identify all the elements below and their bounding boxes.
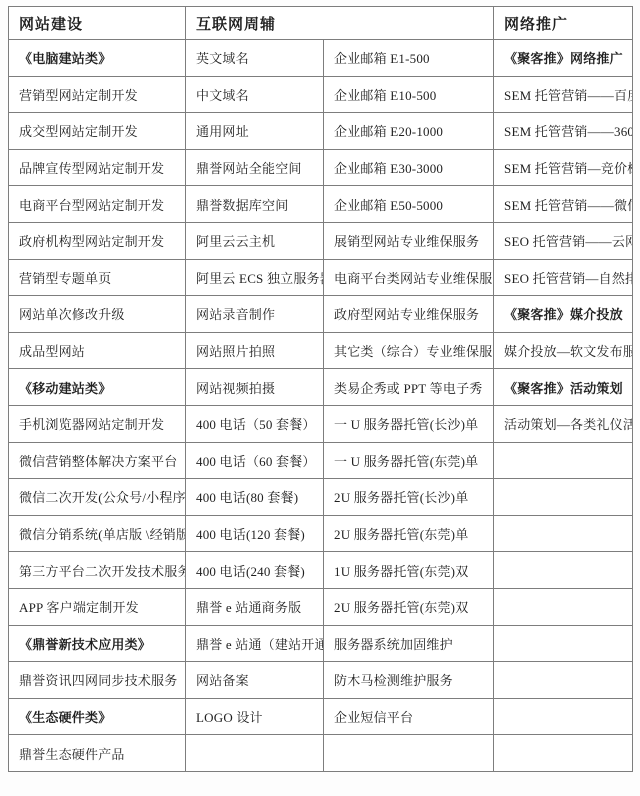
table-cell: 《生态硬件类》 [9, 698, 186, 735]
header-internet-peripheral: 互联网周辅 [186, 7, 494, 40]
table-cell [494, 479, 633, 516]
table-row: 成交型网站定制开发 通用网址 企业邮箱 E20-1000 SEM 托管营销——3… [9, 113, 633, 150]
table-header-row: 网站建设 互联网周辅 网络推广 [9, 7, 633, 40]
table-cell: 一 U 服务器托管(东莞)单 [324, 442, 494, 479]
table-row: 鼎誉生态硬件产品 [9, 735, 633, 772]
table-cell: 服务器系统加固维护 [324, 625, 494, 662]
table-cell: 手机浏览器网站定制开发 [9, 405, 186, 442]
table-cell: 鼎誉 e 站通商务版 [186, 588, 324, 625]
table-row: 第三方平台二次开发技术服务 400 电话(240 套餐) 1U 服务器托管(东莞… [9, 552, 633, 589]
table-cell: SEM 托管营销—竞价标王 [494, 149, 633, 186]
table-cell: 企业邮箱 E10-500 [324, 76, 494, 113]
table-row: 《电脑建站类》 英文域名 企业邮箱 E1-500 《聚客推》网络推广 [9, 40, 633, 77]
page: 网站建设 互联网周辅 网络推广 《电脑建站类》 英文域名 企业邮箱 E1-500… [0, 0, 640, 796]
table-cell: 400 电话（60 套餐） [186, 442, 324, 479]
table-cell: SEM 托管营销——360 版 [494, 113, 633, 150]
table-cell: 企业邮箱 E1-500 [324, 40, 494, 77]
table-cell: 鼎誉资讯四网同步技术服务 [9, 662, 186, 699]
table-cell [494, 698, 633, 735]
table-cell: 第三方平台二次开发技术服务 [9, 552, 186, 589]
table-cell: 电商平台类网站专业维保服务 [324, 259, 494, 296]
table-cell: 通用网址 [186, 113, 324, 150]
table-cell: 400 电话(240 套餐) [186, 552, 324, 589]
table-cell: 1U 服务器托管(东莞)双 [324, 552, 494, 589]
table-row: 《鼎誉新技术应用类》 鼎誉 e 站通（建站开通） 服务器系统加固维护 [9, 625, 633, 662]
table-cell: 网站备案 [186, 662, 324, 699]
table-cell: 网站照片拍照 [186, 332, 324, 369]
table-cell: 企业邮箱 E20-1000 [324, 113, 494, 150]
table-cell: 网站单次修改升级 [9, 296, 186, 333]
table-cell: 《聚客推》网络推广 [494, 40, 633, 77]
table-cell: 电商平台型网站定制开发 [9, 186, 186, 223]
table-cell: 企业邮箱 E30-3000 [324, 149, 494, 186]
table-cell: 网站录音制作 [186, 296, 324, 333]
table-row: 微信分销系统(单店版 \经销版) 400 电话(120 套餐) 2U 服务器托管… [9, 515, 633, 552]
table-cell [494, 552, 633, 589]
table-cell [494, 442, 633, 479]
table-cell: 微信营销整体解决方案平台 [9, 442, 186, 479]
table-cell: 防木马检测维护服务 [324, 662, 494, 699]
table-cell: 阿里云 ECS 独立服务器 [186, 259, 324, 296]
table-cell: 品牌宣传型网站定制开发 [9, 149, 186, 186]
table-cell: 其它类（综合）专业维保服务 [324, 332, 494, 369]
table-cell [494, 735, 633, 772]
table-cell: LOGO 设计 [186, 698, 324, 735]
table-cell: SEO 托管营销—自然排名 [494, 259, 633, 296]
table-cell: 《聚客推》媒介投放 [494, 296, 633, 333]
table-cell: 成交型网站定制开发 [9, 113, 186, 150]
table-row: 微信营销整体解决方案平台 400 电话（60 套餐） 一 U 服务器托管(东莞)… [9, 442, 633, 479]
table-cell: SEM 托管营销——微信版 [494, 186, 633, 223]
table-cell [494, 662, 633, 699]
table-row: 《移动建站类》 网站视频拍摄 类易企秀或 PPT 等电子秀 《聚客推》活动策划 [9, 369, 633, 406]
table-row: 网站单次修改升级 网站录音制作 政府型网站专业维保服务 《聚客推》媒介投放 [9, 296, 633, 333]
table-cell: 《电脑建站类》 [9, 40, 186, 77]
table-cell: 一 U 服务器托管(长沙)单 [324, 405, 494, 442]
table-row: 营销型专题单页 阿里云 ECS 独立服务器 电商平台类网站专业维保服务 SEO … [9, 259, 633, 296]
table-cell: 企业短信平台 [324, 698, 494, 735]
header-website-construction: 网站建设 [9, 7, 186, 40]
table-row: 成品型网站 网站照片拍照 其它类（综合）专业维保服务 媒介投放—软文发布服务 [9, 332, 633, 369]
table-cell: APP 客户端定制开发 [9, 588, 186, 625]
table-cell [324, 735, 494, 772]
table-cell: 鼎誉生态硬件产品 [9, 735, 186, 772]
table-cell: 政府型网站专业维保服务 [324, 296, 494, 333]
table-cell [186, 735, 324, 772]
table-cell: SEM 托管营销——百度版 [494, 76, 633, 113]
table-cell: 成品型网站 [9, 332, 186, 369]
table-cell: 微信分销系统(单店版 \经销版) [9, 515, 186, 552]
table-row: 手机浏览器网站定制开发 400 电话（50 套餐） 一 U 服务器托管(长沙)单… [9, 405, 633, 442]
table-row: 电商平台型网站定制开发 鼎誉数据库空间 企业邮箱 E50-5000 SEM 托管… [9, 186, 633, 223]
table-cell: 2U 服务器托管(东莞)双 [324, 588, 494, 625]
table-cell: 营销型网站定制开发 [9, 76, 186, 113]
table-cell: 阿里云云主机 [186, 222, 324, 259]
table-row: 营销型网站定制开发 中文域名 企业邮箱 E10-500 SEM 托管营销——百度… [9, 76, 633, 113]
table-row: 《生态硬件类》 LOGO 设计 企业短信平台 [9, 698, 633, 735]
table-cell: 政府机构型网站定制开发 [9, 222, 186, 259]
table-cell: SEO 托管营销——云网客 [494, 222, 633, 259]
table-cell: 微信二次开发(公众号/小程序) [9, 479, 186, 516]
table-row: 政府机构型网站定制开发 阿里云云主机 展销型网站专业维保服务 SEO 托管营销—… [9, 222, 633, 259]
table-cell: 2U 服务器托管(东莞)单 [324, 515, 494, 552]
table-cell [494, 625, 633, 662]
table-cell: 类易企秀或 PPT 等电子秀 [324, 369, 494, 406]
table-cell: 鼎誉数据库空间 [186, 186, 324, 223]
table-cell: 英文域名 [186, 40, 324, 77]
table-cell: 2U 服务器托管(长沙)单 [324, 479, 494, 516]
table-cell: 鼎誉网站全能空间 [186, 149, 324, 186]
header-network-promotion: 网络推广 [494, 7, 633, 40]
table-cell: 400 电话(80 套餐) [186, 479, 324, 516]
table-cell: 展销型网站专业维保服务 [324, 222, 494, 259]
table-cell: 400 电话（50 套餐） [186, 405, 324, 442]
table-cell: 中文域名 [186, 76, 324, 113]
table-cell: 网站视频拍摄 [186, 369, 324, 406]
table-cell: 《移动建站类》 [9, 369, 186, 406]
table-cell: 400 电话(120 套餐) [186, 515, 324, 552]
table-cell: 营销型专题单页 [9, 259, 186, 296]
table-cell [494, 515, 633, 552]
service-price-table: 网站建设 互联网周辅 网络推广 《电脑建站类》 英文域名 企业邮箱 E1-500… [8, 6, 633, 772]
table-cell: 《鼎誉新技术应用类》 [9, 625, 186, 662]
table-cell: 活动策划—各类礼仪活动 [494, 405, 633, 442]
table-cell: 《聚客推》活动策划 [494, 369, 633, 406]
table-row: 微信二次开发(公众号/小程序) 400 电话(80 套餐) 2U 服务器托管(长… [9, 479, 633, 516]
table-row: 品牌宣传型网站定制开发 鼎誉网站全能空间 企业邮箱 E30-3000 SEM 托… [9, 149, 633, 186]
table-cell [494, 588, 633, 625]
table-row: APP 客户端定制开发 鼎誉 e 站通商务版 2U 服务器托管(东莞)双 [9, 588, 633, 625]
table-cell: 鼎誉 e 站通（建站开通） [186, 625, 324, 662]
table-row: 鼎誉资讯四网同步技术服务 网站备案 防木马检测维护服务 [9, 662, 633, 699]
table-cell: 企业邮箱 E50-5000 [324, 186, 494, 223]
table-cell: 媒介投放—软文发布服务 [494, 332, 633, 369]
